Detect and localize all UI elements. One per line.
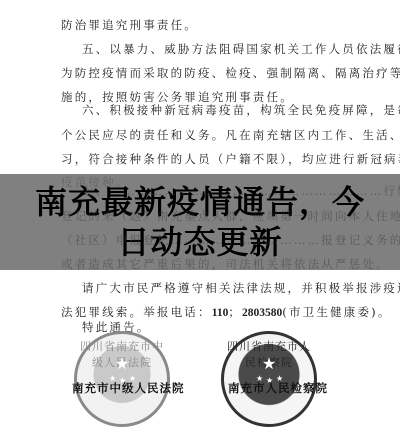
court-seal: 四川省南充市中级人民法院 ★ ★ ★ ★	[74, 331, 170, 427]
star-icon: ★	[115, 356, 129, 372]
hotline-line: 法犯罪线索。举报电话：110；2803580(市卫生健康委)。	[61, 305, 392, 320]
obscured-line: 七、……………………………………………………行如实申	[82, 183, 400, 199]
procuratorate-seal: 四川省南充市人民检察院 ★ ★ ★ ★	[221, 331, 317, 427]
doc-line: 个公民应尽的责任和义务。凡在南充辖区内工作、生活、学	[61, 128, 400, 142]
doc-line: 为防控疫情而采取的防疫、检疫、强制隔离、隔离治疗等措	[61, 66, 400, 80]
document-page: 防治罪追究刑事责任。 五、以暴力、威胁方法阻碍国家机关工作人员依法履行 为防控疫…	[0, 0, 400, 444]
hotline-note: (市卫生健康委)。	[282, 305, 391, 319]
obscured-line: （社区）申报登记……………………………报登记义务的	[61, 232, 400, 248]
doc-line: 五、以暴力、威胁方法阻碍国家机关工作人员依法履行	[82, 42, 400, 56]
procuratorate-signature: 南充市人民检察院	[228, 380, 328, 396]
obscured-line: 或者造成其它严重后果的，司法机关将依法从严惩处。	[61, 256, 390, 272]
hotline-110: 110	[212, 307, 229, 319]
hotline-health-commission: 2803580	[242, 307, 282, 319]
separator: ；	[228, 305, 242, 319]
court-signature: 南充市中级人民法院	[72, 380, 185, 396]
appeal-line: 请广大市民严格遵守相关法律法规，并积极举报涉疫违	[82, 281, 400, 295]
hotline-label: 法犯罪线索。举报电话：	[61, 305, 212, 319]
star-icon: ★	[262, 356, 276, 372]
doc-line: 施的，按照妨害公务罪追究刑事责任。	[61, 90, 294, 104]
doc-line: 防治罪追究刑事责任。	[61, 18, 198, 32]
doc-line: 习，符合接种条件的人员（户籍不限），均应进行新冠病毒	[61, 152, 400, 166]
doc-line: 六、积极接种新冠病毒疫苗，构筑全民免疫屏障，是每	[82, 103, 400, 117]
obscured-line: 登记的来（返）南充重点人群，应坝第一时间向本人住地村	[61, 208, 400, 224]
